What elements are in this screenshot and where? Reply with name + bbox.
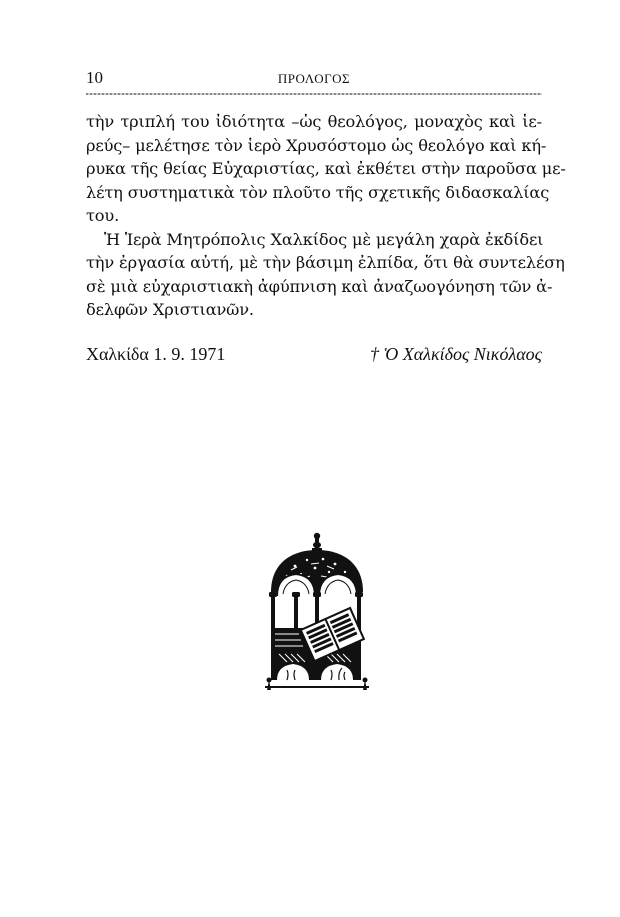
text-line: σὲ μιὰ εὐχαριστιακὴ ἀφύπνιση καὶ ἀναζωογ… — [86, 275, 542, 299]
paragraph-1: τὴν τριπλή του ἰδιότητα –ὡς θεολόγος, μο… — [86, 110, 542, 228]
text-line: ρεύς– μελέτησε τὸν ἱερὸ Χρυσόστομο ὡς θε… — [86, 134, 542, 158]
running-head: 10 ΠΡΟΛΟΓΟΣ — [86, 68, 542, 90]
text-line: δελφῶν Χριστιανῶν. — [86, 298, 542, 322]
header-rule-divider — [86, 93, 542, 95]
book-page: 10 ΠΡΟΛΟΓΟΣ τὴν τριπλή του ἰδιότητα –ὡς … — [86, 0, 542, 917]
text-line: λέτη συστηματικὰ τὸν πλοῦτο τῆς σχετικῆς… — [86, 181, 542, 205]
place-and-date: Χαλκίδα 1. 9. 1971 — [86, 344, 225, 365]
running-title: ΠΡΟΛΟΓΟΣ — [86, 71, 542, 87]
text-line: τὴν τριπλή του ἰδιότητα –ὡς θεολόγος, μο… — [86, 110, 542, 134]
canopy-with-open-book-icon — [265, 530, 369, 690]
text-line: Ἡ Ἱερὰ Μητρόπολις Χαλκίδος μὲ μεγάλη χαρ… — [86, 228, 542, 252]
text-line: του. — [86, 204, 542, 228]
paragraph-2: Ἡ Ἱερὰ Μητρόπολις Χαλκίδος μὲ μεγάλη χαρ… — [86, 228, 542, 322]
text-line: ρυκα τῆς θείας Εὐχαριστίας, καὶ ἐκθέτει … — [86, 157, 542, 181]
text-line: τὴν ἐργασία αὐτή, μὲ τὴν βάσιμη ἐλπίδα, … — [86, 251, 542, 275]
signatory: † Ὁ Χαλκίδος Νικόλαος — [370, 344, 542, 365]
signature-row: Χαλκίδα 1. 9. 1971 † Ὁ Χαλκίδος Νικόλαος — [86, 344, 542, 370]
body-text: τὴν τριπλή του ἰδιότητα –ὡς θεολόγος, μο… — [86, 110, 542, 322]
